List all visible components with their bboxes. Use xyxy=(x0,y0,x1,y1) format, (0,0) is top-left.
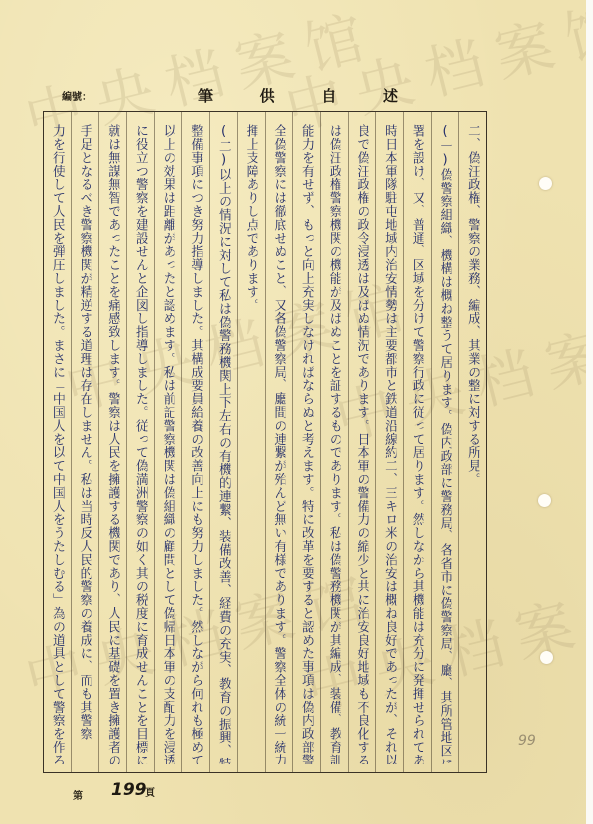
handwritten-line: 全偽警察には徹底せぬこと、又各偽警察局、廳間の連繋が殆んど無い有様であります。警… xyxy=(272,124,285,764)
handwritten-line: は偽汪政権警察機関の機能が及ばぬことを証するものであります。私は偽警務機関が其編… xyxy=(328,124,341,764)
document-title: 筆 供 自 述 xyxy=(198,85,398,106)
manuscript-grid: 二、偽汪政権、警察の業務、編成、其業の整に対する所見。(一)偽警察組織、機構は概… xyxy=(43,111,487,773)
manuscript-column: 全偽警察には徹底せぬこと、又各偽警察局、廳間の連繋が殆んど無い有様であります。警… xyxy=(265,112,293,772)
document-code-label: 編號： xyxy=(62,88,92,103)
handwritten-line: 手足となるべき警察機関が精逆する道理は存在しません。私は当時反人民的警察の養成に… xyxy=(78,124,91,740)
pencil-annotation: 99 xyxy=(518,733,536,749)
manuscript-column: 整備事項につき努力指導しました。其構成要員給養の改善向上にも努力しました。然しな… xyxy=(181,112,209,772)
handwritten-line: 署を設け、又、普通、区域を分けて警察行政に従って居ります。然しなから其機能は充分… xyxy=(411,124,424,764)
title-char: 述 xyxy=(383,85,398,106)
handwritten-line: に役立つ警察を建設せんと企図し指導しました。従って偽満洲警察の如く其の税度に育成… xyxy=(134,124,147,764)
manuscript-column: 良で偽汪政権の政令浸透は及ばぬ情況であります。日本軍の警備力の縮少と共に治安良好… xyxy=(348,112,376,772)
handwritten-line: 能力を有せず、もっと向上充実しなければならぬと考えます。特に改革を要すると認めた… xyxy=(300,124,313,764)
handwritten-line: 整備事項につき努力指導しました。其構成要員給養の改善向上にも努力しました。然しな… xyxy=(189,124,202,764)
title-char: 供 xyxy=(260,85,275,106)
manuscript-column: 就は無謀無智であったことを痛感致します。警察は人民を擁護する機関であり、人民に基… xyxy=(98,112,126,772)
manuscript-column: (一)偽警察組織、機構は概ね整うて居ります。偽内政部に警務局、各省市に偽警察局、… xyxy=(431,112,459,772)
handwritten-line: (二)以上の情況に対して私は偽警務機関上下左右の有機的連繋、装備改善、経費の充実… xyxy=(217,124,230,764)
punch-hole xyxy=(539,177,552,190)
manuscript-column: は偽汪政権警察機関の機能が及ばぬことを証するものであります。私は偽警務機関が其編… xyxy=(320,112,348,772)
handwritten-line: 良で偽汪政権の政令浸透は及ばぬ情況であります。日本軍の警備力の縮少と共に治安良好… xyxy=(355,124,368,764)
handwritten-line: 就は無謀無智であったことを痛感致します。警察は人民を擁護する機関であり、人民に基… xyxy=(106,124,119,764)
page-number: 199 xyxy=(111,780,147,800)
manuscript-column: 以上の効果は距離があったと認めます。私は前記警察機関は偽組織の顧問として偽帰日本… xyxy=(154,112,182,772)
manuscript-column: 二、偽汪政権、警察の業務、編成、其業の整に対する所見。 xyxy=(458,112,486,772)
title-char: 筆 xyxy=(198,85,213,106)
manuscript-column: 力を行使して人民を弾圧しました。まさに「中国人を以て中国人をうたしむる」為の道具… xyxy=(44,112,71,772)
page-prefix: 第 xyxy=(73,787,83,802)
title-char: 自 xyxy=(321,85,336,106)
manuscript-column: 時日本軍隊駐屯地域内治安情勢は主要都市と鉄道沿線約二、三キロ米の治安は概ね良好で… xyxy=(375,112,403,772)
manuscript-column: 署を設け、又、普通、区域を分けて警察行政に従って居ります。然しなから其機能は充分… xyxy=(403,112,431,772)
handwritten-line: (一)偽警察組織、機構は概ね整うて居ります。偽内政部に警務局、各省市に偽警察局、… xyxy=(438,124,451,764)
punch-hole xyxy=(538,494,551,507)
document-page: 中央档案馆 中央档案馆 中央档案馆 中央档案馆 中央档案馆 中央档案馆 編號： … xyxy=(0,0,586,824)
page-suffix: 頁 xyxy=(145,784,155,799)
manuscript-column: (二)以上の情況に対して私は偽警務機関上下左右の有機的連繋、装備改善、経費の充実… xyxy=(209,112,237,772)
handwritten-line: 力を行使して人民を弾圧しました。まさに「中国人を以て中国人をうたしむる」為の道具… xyxy=(51,124,64,764)
scan-margin xyxy=(586,0,593,824)
handwritten-line: 時日本軍隊駐屯地域内治安情勢は主要都市と鉄道沿線約二、三キロ米の治安は概ね良好で… xyxy=(383,124,396,764)
manuscript-column: 手足となるべき警察機関が精逆する道理は存在しません。私は当時反人民的警察の養成に… xyxy=(71,112,99,772)
manuscript-column: 能力を有せず、もっと向上充実しなければならぬと考えます。特に改革を要すると認めた… xyxy=(292,112,320,772)
handwritten-line: 以上の効果は距離があったと認めます。私は前記警察機関は偽組織の顧問として偽帰日本… xyxy=(161,124,174,764)
manuscript-column: 揮上支障ありし点であります。 xyxy=(237,112,265,772)
handwritten-line: 二、偽汪政権、警察の業務、編成、其業の整に対する所見。 xyxy=(466,124,479,486)
punch-hole xyxy=(540,651,553,664)
handwritten-line: 揮上支障ありし点であります。 xyxy=(245,124,258,312)
manuscript-column: に役立つ警察を建設せんと企図し指導しました。従って偽満洲警察の如く其の税度に育成… xyxy=(126,112,154,772)
